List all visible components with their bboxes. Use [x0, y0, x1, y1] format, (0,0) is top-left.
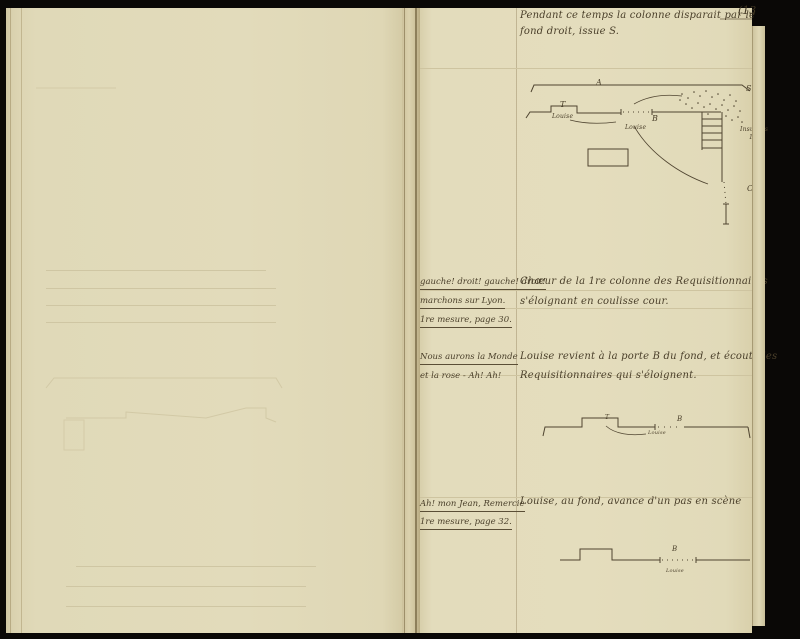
diagram2-label-door: B	[677, 415, 682, 423]
diagram2-label-platform: T	[605, 414, 609, 421]
entry2-direction-line-1: Louise revient à la porte B du fond, et …	[520, 351, 777, 362]
entry2-cue-line-1: Nous aurons la Monde	[420, 351, 518, 365]
diagram3-label-louise: Louise	[666, 568, 684, 574]
entry3-direction-line-1: Louise, au fond, avance d'un pas en scèn…	[520, 496, 742, 507]
diagram1-label-backdrop: A	[596, 78, 602, 87]
ruled-line	[420, 68, 752, 69]
diagram1-label-louise-platform: Louise	[552, 113, 573, 120]
intro-line-2: fond droit, issue S.	[520, 26, 619, 37]
entry1-direction-line-2: s'éloignant en coulisse cour.	[520, 296, 669, 307]
entry1-cue-line-2: marchons sur Lyon.	[420, 295, 505, 309]
diagram2-label-louise: Louise	[648, 430, 666, 436]
diagram1-label-platform: T	[560, 100, 566, 109]
entry1-cue-line-3: 1re mesure, page 30.	[420, 314, 512, 328]
entry2-direction-line-2: Requisitionnaires qui s'éloignent.	[520, 370, 697, 381]
entry3-cue-line-2: 1re mesure, page 32.	[420, 516, 512, 530]
diagram1-label-door: B	[652, 114, 658, 123]
entry3-cue-line-1: Ah! mon Jean, Remercie	[420, 498, 525, 512]
open-notebook: (13 Pendant ce temps la colonne disparai…	[6, 8, 794, 633]
diagram3-label-door: B	[672, 545, 677, 553]
gutter-line	[404, 8, 405, 633]
diagram1-label-exit: S	[746, 84, 752, 93]
stage-diagram-1	[420, 74, 752, 244]
entry2-cue-line-2: et la rose - Ah! Ah!	[420, 370, 501, 383]
stage-diagram-2	[420, 412, 752, 452]
stage-diagram-3	[420, 544, 752, 584]
left-page	[6, 8, 402, 633]
entry1-direction-line-1: Chœur de la 1re colonne des Requisitionn…	[520, 276, 768, 287]
intro-line-1: Pendant ce temps la colonne disparait pa…	[520, 10, 755, 21]
gutter-line	[415, 8, 417, 633]
right-page-stacked-edges	[752, 26, 765, 626]
right-page: (13 Pendant ce temps la colonne disparai…	[420, 8, 752, 633]
book-gutter	[402, 8, 420, 633]
diagram1-label-louise-moving: Louise	[625, 124, 646, 131]
ruled-line	[420, 290, 752, 291]
bleed-through-sketch	[6, 8, 402, 633]
